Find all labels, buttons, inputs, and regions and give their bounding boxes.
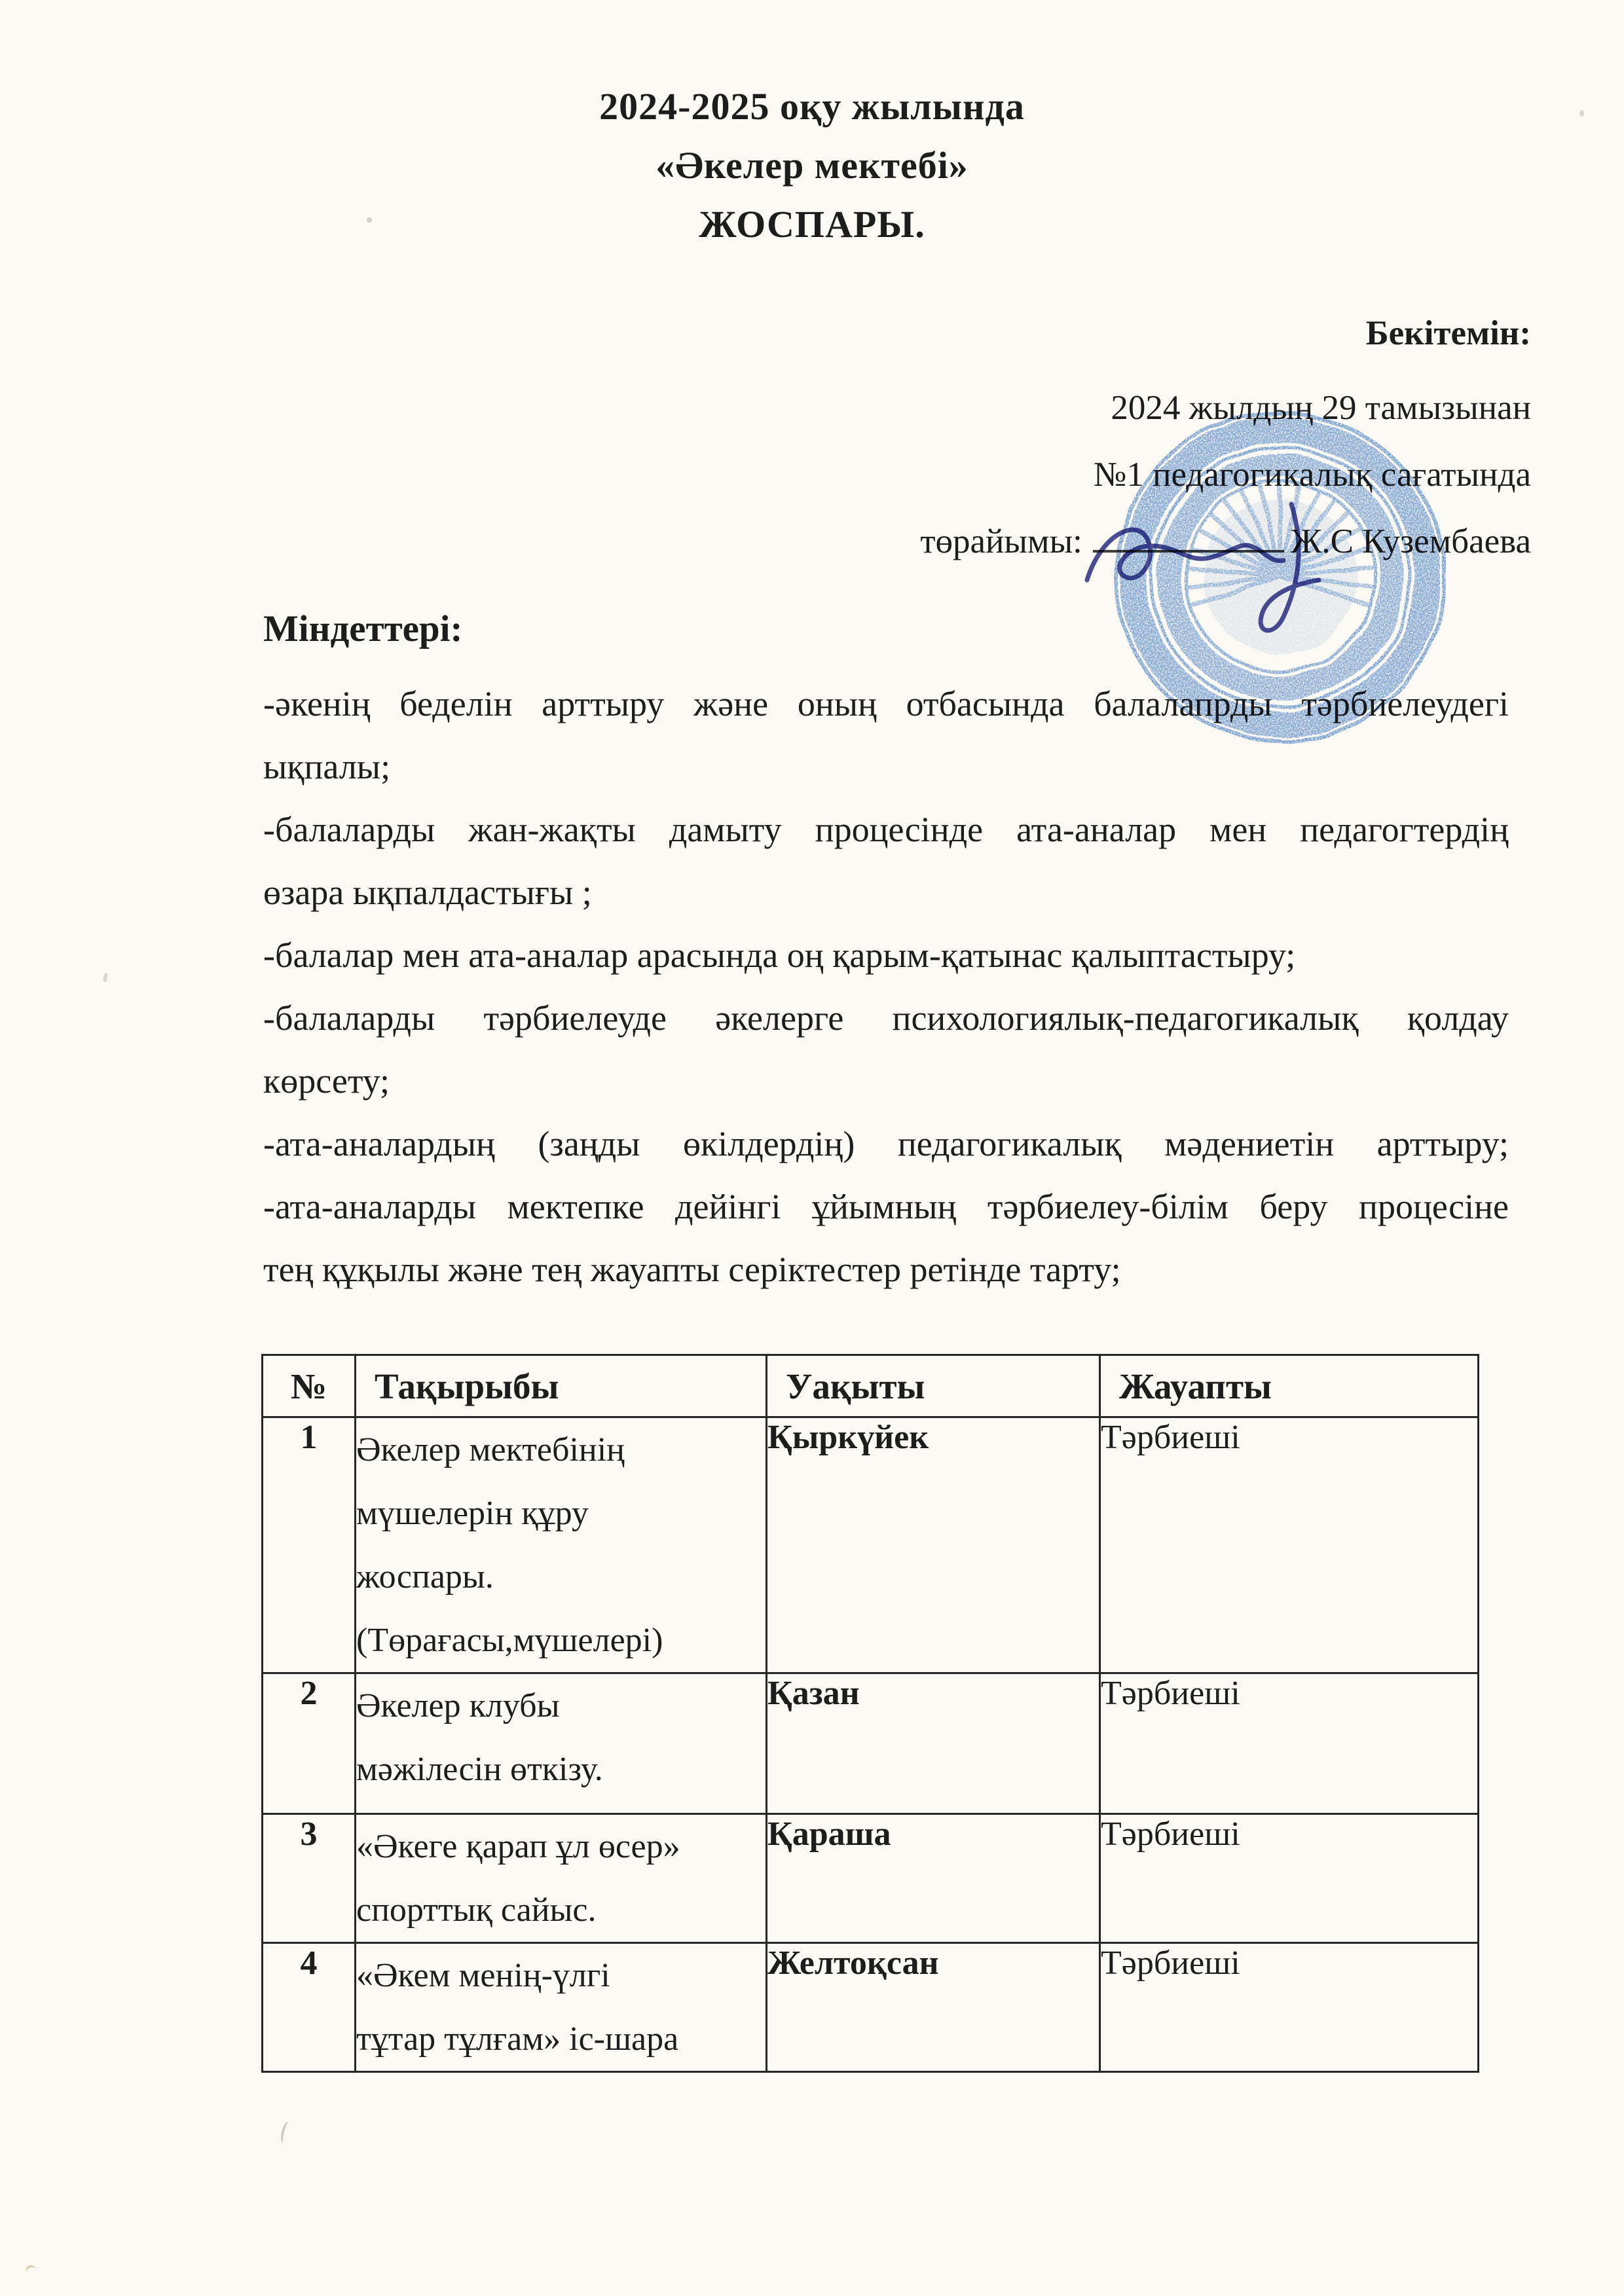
- row-time: Қыркүйек: [767, 1417, 1100, 1673]
- table-row: 4 «Әкем менің-үлгі тұтар тұлғам» іс-шара…: [263, 1943, 1479, 2072]
- objective-line: -әкенің беделін арттыру және оның отбасы…: [263, 672, 1509, 735]
- scan-mark: [279, 2121, 293, 2144]
- table-row: 2 Әкелер клубы мәжілесін өткізу. Қазан Т…: [263, 1673, 1479, 1814]
- header-num: №: [263, 1355, 356, 1417]
- objective-line: -ата-аналарды мектепке дейінгі ұйымның т…: [263, 1175, 1509, 1238]
- row-topic: Әкелер мектебінің мүшелерін құру жоспары…: [356, 1417, 767, 1673]
- row-time: Желтоқсан: [767, 1943, 1100, 2072]
- title-line-2: «Әкелер мектебі»: [0, 136, 1624, 195]
- approval-meeting-line: №1 педагогикалық сағатында: [920, 441, 1531, 508]
- title-line-1: 2024-2025 оқу жылында: [0, 77, 1624, 136]
- row-number: 4: [263, 1943, 356, 2072]
- row-topic: «Әкем менің-үлгі тұтар тұлғам» іс-шара: [356, 1943, 767, 2072]
- signature-line: [1093, 545, 1284, 553]
- approval-block: Бекітемін: 2024 жылдың 29 тамызынан №1 п…: [920, 300, 1531, 575]
- objectives-heading: Міндеттері:: [263, 608, 1509, 650]
- row-topic: «Әкеге қарап ұл өсер» спорттық сайыс.: [356, 1814, 767, 1943]
- row-responsible: Тәрбиеші: [1100, 1417, 1479, 1673]
- header-responsible: Жауапты: [1100, 1355, 1479, 1417]
- objective-line: -балалар мен ата-аналар арасында оң қары…: [263, 924, 1509, 987]
- objective-line: -балаларды тәрбиелеуде әкелерге психолог…: [263, 987, 1509, 1049]
- chair-label: төрайымы:: [920, 522, 1082, 560]
- objective-line: өзара ықпалдастығы ;: [263, 861, 1509, 924]
- objective-line: көрсету;: [263, 1049, 1509, 1112]
- row-number: 3: [263, 1814, 356, 1943]
- document-title: 2024-2025 оқу жылында «Әкелер мектебі» Ж…: [0, 77, 1624, 254]
- table-row: 1 Әкелер мектебінің мүшелерін құру жоспа…: [263, 1417, 1479, 1673]
- row-responsible: Тәрбиеші: [1100, 1673, 1479, 1814]
- objective-line: -балаларды жан-жақты дамыту процесінде а…: [263, 798, 1509, 861]
- row-responsible: Тәрбиеші: [1100, 1814, 1479, 1943]
- row-responsible: Тәрбиеші: [1100, 1943, 1479, 2072]
- objective-line: тең құқылы және тең жауапты серіктестер …: [263, 1238, 1509, 1301]
- objective-line: ықпалы;: [263, 735, 1509, 798]
- chair-name: Ж.С Кузембаева: [1291, 522, 1531, 560]
- scanned-document-page: 2024-2025 оқу жылында «Әкелер мектебі» Ж…: [0, 0, 1624, 2296]
- plan-table: № Тақырыбы Уақыты Жауапты 1 Әкелер мекте…: [261, 1354, 1479, 2073]
- row-time: Қазан: [767, 1673, 1100, 1814]
- table-row: 3 «Әкеге қарап ұл өсер» спорттық сайыс. …: [263, 1814, 1479, 1943]
- table-header-row: № Тақырыбы Уақыты Жауапты: [263, 1355, 1479, 1417]
- title-line-3: ЖОСПАРЫ.: [0, 195, 1624, 254]
- row-number: 1: [263, 1417, 356, 1673]
- objective-line: -ата-аналардың (заңды өкілдердің) педаго…: [263, 1112, 1509, 1175]
- scan-mark: [24, 2264, 39, 2279]
- scan-mark: [103, 973, 109, 983]
- header-topic: Тақырыбы: [356, 1355, 767, 1417]
- objectives-section: Міндеттері: -әкенің беделін арттыру және…: [263, 608, 1509, 1301]
- approval-label: Бекітемін:: [920, 300, 1531, 367]
- row-number: 2: [263, 1673, 356, 1814]
- approval-date-line: 2024 жылдың 29 тамызынан: [920, 374, 1531, 441]
- approval-chair-line: төрайымы:Ж.С Кузембаева: [920, 508, 1531, 575]
- header-time: Уақыты: [767, 1355, 1100, 1417]
- row-time: Қараша: [767, 1814, 1100, 1943]
- row-topic: Әкелер клубы мәжілесін өткізу.: [356, 1673, 767, 1814]
